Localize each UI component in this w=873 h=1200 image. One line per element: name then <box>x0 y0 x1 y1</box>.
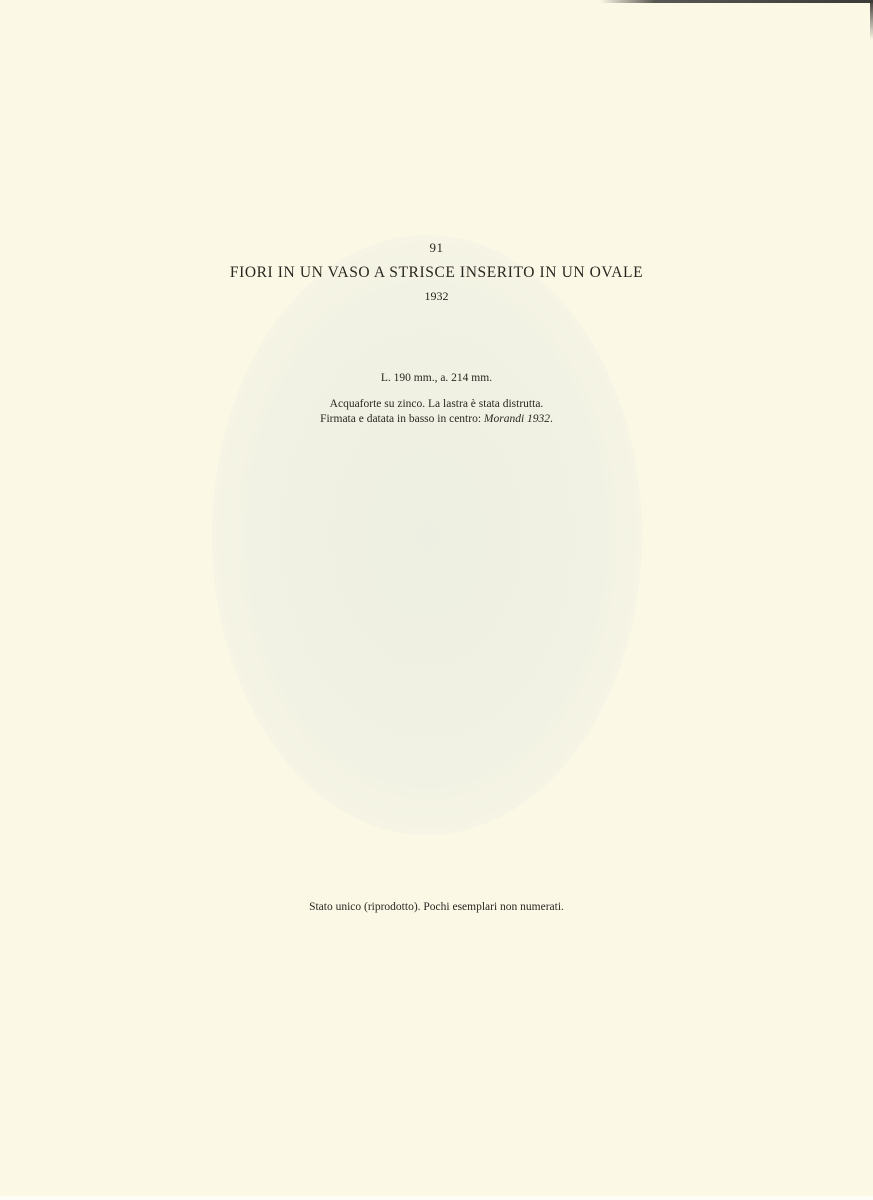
catalogue-page: 91 FIORI IN UN VASO A STRISCE INSERITO I… <box>0 0 873 1200</box>
signature-suffix: . <box>550 413 553 425</box>
scan-edge-top <box>600 0 873 3</box>
artwork-year: 1932 <box>0 289 873 304</box>
plate-number: 91 <box>0 240 873 256</box>
signature-text: Morandi 1932 <box>484 413 550 425</box>
artwork-dimensions: L. 190 mm., a. 214 mm. <box>0 372 873 384</box>
signature-prefix: Firmata e datata in basso in centro: <box>320 413 484 425</box>
technique-description: Acquaforte su zinco. La lastra è stata d… <box>0 397 873 427</box>
state-note: Stato unico (riprodotto). Pochi esemplar… <box>0 901 873 913</box>
scan-edge-bottom <box>0 1196 873 1200</box>
technique-line: Acquaforte su zinco. La lastra è stata d… <box>0 397 873 412</box>
print-show-through-oval <box>212 235 642 835</box>
artwork-title: FIORI IN UN VASO A STRISCE INSERITO IN U… <box>0 264 873 282</box>
signature-line: Firmata e datata in basso in centro: Mor… <box>0 412 873 427</box>
